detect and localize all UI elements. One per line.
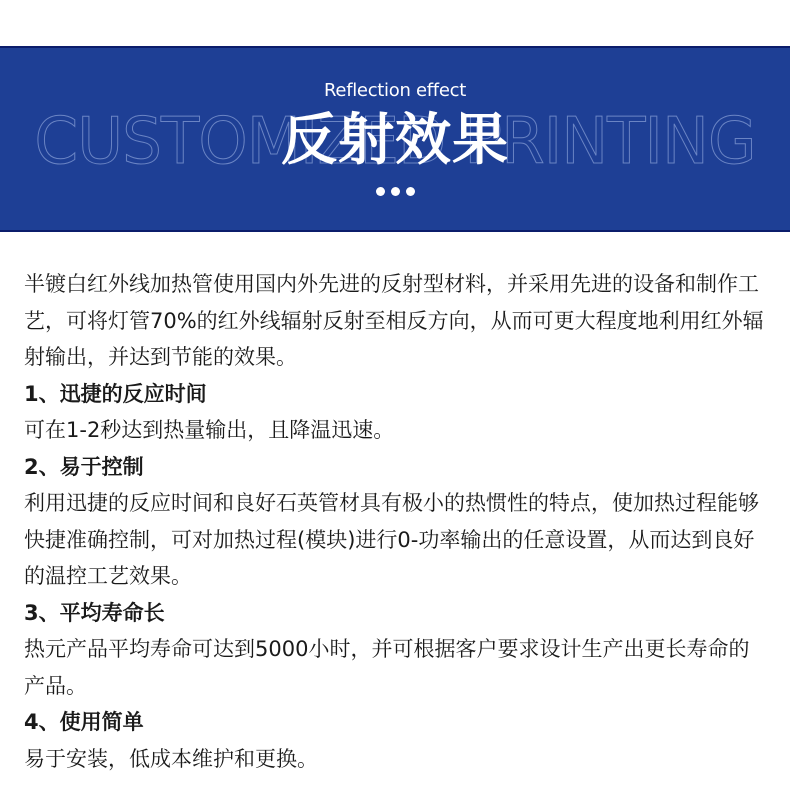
section-text-easy-control: 利用迅捷的反应时间和良好石英管材具有极小的热惯性的特点，使加热过程能够快捷准确控…: [24, 485, 768, 595]
decorative-dots: [0, 187, 790, 196]
section-heading-simple-use: 4、使用简单: [24, 704, 768, 741]
section-text-response-time: 可在1-2秒达到热量输出，且降温迅速。: [24, 412, 768, 449]
banner-title: 反射效果: [0, 108, 790, 174]
section-text-long-life: 热元产品平均寿命可达到5000小时，并可根据客户要求设计生产出更长寿命的产品。: [24, 631, 768, 704]
intro-paragraph: 半镀白红外线加热管使用国内外先进的反射型材料，并采用先进的设备和制作工艺，可将灯…: [24, 266, 768, 376]
section-heading-long-life: 3、平均寿命长: [24, 595, 768, 632]
section-heading-easy-control: 2、易于控制: [24, 449, 768, 486]
header-banner: CUSTOMIZED PRINTING Reflection effect 反射…: [0, 46, 790, 232]
content-body: 半镀白红外线加热管使用国内外先进的反射型材料，并采用先进的设备和制作工艺，可将灯…: [24, 266, 768, 777]
dot-icon: [391, 187, 400, 196]
dot-icon: [376, 187, 385, 196]
banner-subtitle: Reflection effect: [0, 80, 790, 102]
section-text-simple-use: 易于安装，低成本维护和更换。: [24, 741, 768, 778]
dot-icon: [406, 187, 415, 196]
section-heading-response-time: 1、迅捷的反应时间: [24, 376, 768, 413]
